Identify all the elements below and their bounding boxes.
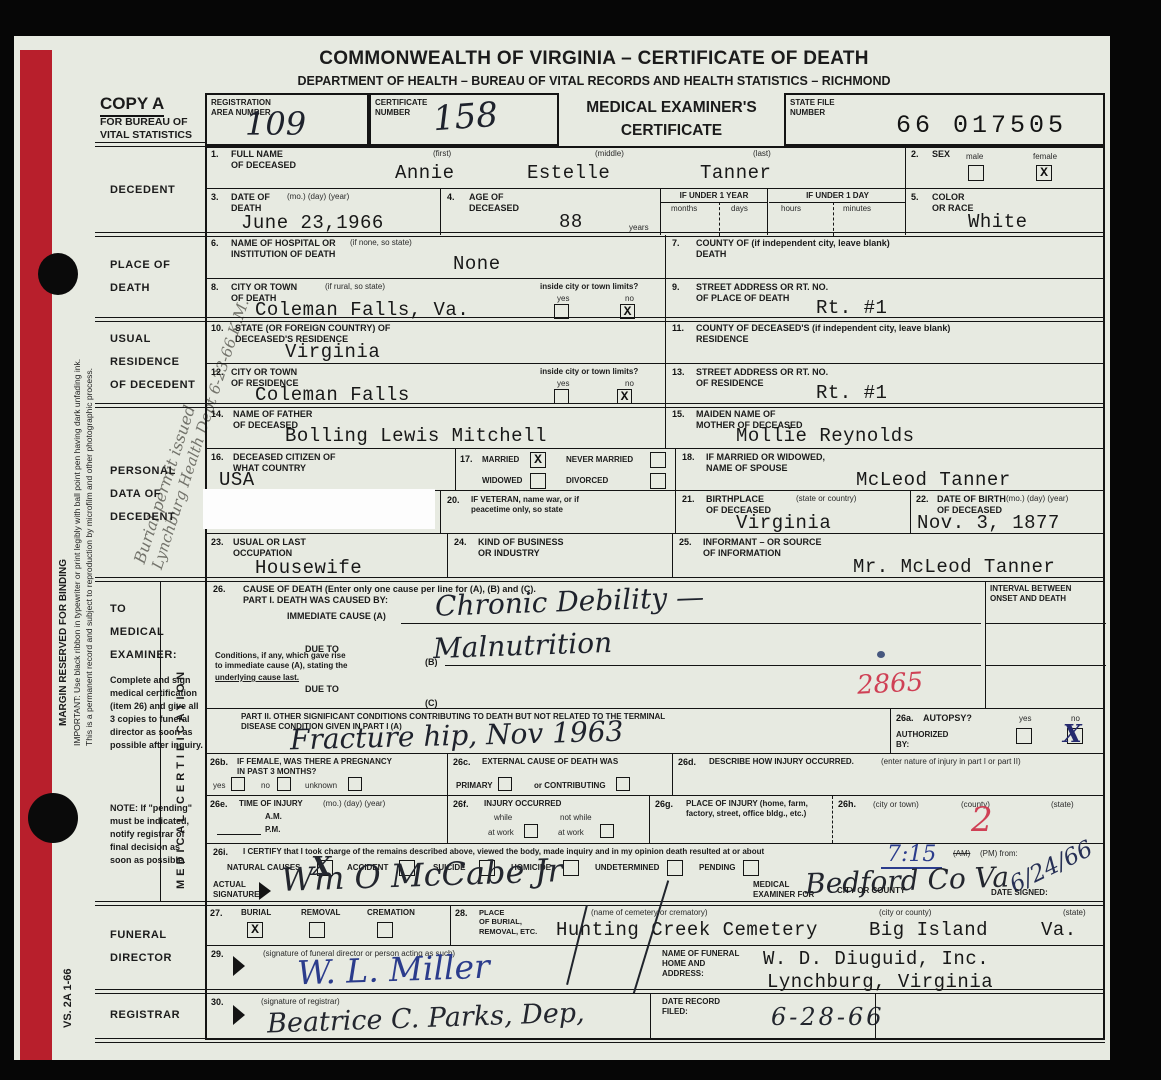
cause-a-line xyxy=(401,623,981,624)
primary-checkbox xyxy=(498,777,512,791)
row-funeral-director: 29. (signature of funeral director or pe… xyxy=(205,945,1105,993)
male-caption: male xyxy=(966,152,983,161)
field-number: 28. xyxy=(455,908,468,918)
field-number: 25. xyxy=(679,537,692,547)
dashed-divider xyxy=(719,202,720,236)
field-sex: 2. SEX male female X xyxy=(905,146,1105,188)
county-residence-label: COUNTY OF DECEASED'S (if independent cit… xyxy=(696,323,950,346)
field-full-name: 1. FULL NAME OF DECEASED (first) (middle… xyxy=(205,146,905,188)
signature-arrow-icon xyxy=(233,1005,245,1025)
time-captions: (mo.) (day) (year) xyxy=(323,799,385,808)
minutes-caption: minutes xyxy=(843,204,871,213)
cremation-checkbox xyxy=(377,922,393,938)
limits-question: inside city or town limits? xyxy=(540,282,638,292)
date-of-death-value: June 23,1966 xyxy=(241,212,384,234)
signature-arrow-icon xyxy=(259,882,271,900)
field-street-of-death: 9. STREET ADDRESS OR RT. NO. OF PLACE OF… xyxy=(665,279,1105,320)
divider xyxy=(767,189,768,235)
never-married-checkbox xyxy=(650,452,666,468)
field-number: 26g. xyxy=(655,799,673,809)
while-caption: while xyxy=(494,813,512,822)
first-caption: (first) xyxy=(433,149,451,158)
medical-certification-strip-label: MEDICAL CERTIFICATION xyxy=(175,599,187,889)
county-of-death-label: COUNTY OF (if independent city, leave bl… xyxy=(696,238,890,261)
section-decedent: DECEDENT xyxy=(110,179,175,202)
place-of-burial-label: PLACE OF BURIAL, REMOVAL, ETC. xyxy=(479,908,537,936)
veteran-label: IF VETERAN, name war, or if peacetime on… xyxy=(471,495,579,515)
birthplace-caption: (state or country) xyxy=(796,494,856,503)
cemetery-value: Hunting Creek Cemetery xyxy=(556,919,818,941)
field-disposition: 27. BURIAL REMOVAL CREMATION X xyxy=(205,905,450,945)
field-number: 18. xyxy=(682,452,695,462)
burial-state-value: Va. xyxy=(1041,919,1077,941)
funeral-home-label: NAME OF FUNERAL HOME AND ADDRESS: xyxy=(662,949,739,979)
spouse-label: IF MARRIED OR WIDOWED, NAME OF SPOUSE xyxy=(706,452,825,475)
contributing-label: or CONTRIBUTING xyxy=(534,781,606,791)
middle-name-value: Estelle xyxy=(527,162,610,184)
no-caption: no xyxy=(625,294,634,303)
actual-signature-label: ACTUAL SIGNATURE xyxy=(213,880,260,900)
field-number: 3. xyxy=(211,192,219,202)
divorced-label: DIVORCED xyxy=(566,476,608,486)
field-date-of-death: 3. DATE OF DEATH (mo.) (day) (year) June… xyxy=(205,189,440,235)
copy-underline xyxy=(95,142,205,147)
field-business: 24. KIND OF BUSINESS OR INDUSTRY xyxy=(447,534,672,578)
row-cause-of-death: 26. CAUSE OF DEATH (Enter only one cause… xyxy=(205,581,1105,708)
occupation-value: Housewife xyxy=(255,557,362,579)
burial-checkbox: X xyxy=(247,922,263,938)
last-caption: (last) xyxy=(753,149,771,158)
field-interval: INTERVAL BETWEEN ONSET AND DEATH xyxy=(985,581,1105,708)
birthplace-value: Virginia xyxy=(736,512,831,534)
field-number: 26a. xyxy=(896,713,914,723)
copy-for: FOR BUREAU OF xyxy=(100,116,188,129)
field-color-race: 5. COLOR OR RACE White xyxy=(905,189,1105,235)
certificate-number-label: CERTIFICATE NUMBER xyxy=(375,98,427,118)
field-number: 1. xyxy=(211,149,219,159)
autopsy-yes-checkbox xyxy=(1016,728,1032,744)
informant-label: INFORMANT – OR SOURCE OF INFORMATION xyxy=(703,537,822,560)
undetermined-label: UNDETERMINED xyxy=(595,863,659,873)
under-year-label: IF UNDER 1 YEAR xyxy=(661,191,767,203)
field-number: 21. xyxy=(682,494,695,504)
limits-yes-checkbox xyxy=(554,304,569,319)
margin-important-text: IMPORTANT: Use black ribbon in typewrite… xyxy=(72,286,82,746)
date-captions: (mo.) (day) (year) xyxy=(287,192,349,201)
field-informant: 25. INFORMANT – OR SOURCE OF INFORMATION… xyxy=(672,534,1105,578)
autopsy-no-mark: X xyxy=(1063,719,1082,748)
field-date-of-birth: 22. DATE OF BIRTH OF DECEASED (mo.) (day… xyxy=(910,491,1105,533)
field-number: 4. xyxy=(447,192,455,202)
row-citizen-marital-spouse: 16. DECEASED CITIZEN OF WHAT COUNTRY USA… xyxy=(205,448,1105,490)
father-value: Bolling Lewis Mitchell xyxy=(285,425,547,447)
field-number: 26c. xyxy=(453,757,471,767)
field-place-of-burial: 28. PLACE OF BURIAL, REMOVAL, ETC. (name… xyxy=(450,905,1105,945)
copy-label: COPY A xyxy=(100,94,164,117)
yes-caption: yes xyxy=(213,781,225,790)
at-work-caption: at work xyxy=(488,828,514,837)
middle-caption: (middle) xyxy=(595,149,624,158)
state-caption: (state) xyxy=(1051,800,1074,809)
days-caption: days xyxy=(731,204,748,213)
section-place-of-death: PLACE OF DEATH xyxy=(110,254,170,300)
autopsy-label: AUTOPSY? xyxy=(923,713,972,724)
field-county-residence: 11. COUNTY OF DECEASED'S (if independent… xyxy=(665,320,1105,363)
field-hospital: 6. NAME OF HOSPITAL OR INSTITUTION OF DE… xyxy=(205,235,665,278)
burial-city-value: Big Island xyxy=(869,919,988,941)
section-usual-residence: USUAL RESIDENCE OF DECEDENT xyxy=(110,328,195,397)
street-of-death-value: Rt. #1 xyxy=(816,297,887,319)
limits-yes-checkbox xyxy=(554,389,569,404)
cause-b-line xyxy=(445,665,981,666)
field-number: 2. xyxy=(911,149,919,159)
primary-label: PRIMARY xyxy=(456,781,493,791)
street-of-death-label: STREET ADDRESS OR RT. NO. OF PLACE OF DE… xyxy=(696,282,828,305)
yes-caption: yes xyxy=(557,379,569,388)
state-file-box: STATE FILE NUMBER 66 017505 xyxy=(784,93,1105,146)
sex-label: SEX xyxy=(932,149,950,160)
injury-occurred-label: INJURY OCCURRED xyxy=(484,799,561,809)
authorized-by-label: AUTHORIZED BY: xyxy=(896,730,948,750)
state-file-label: STATE FILE NUMBER xyxy=(790,98,835,118)
city-residence-value: Coleman Falls xyxy=(255,384,410,406)
informant-value: Mr. McLeod Tanner xyxy=(853,556,1055,578)
pregnancy-label: IF FEMALE, WAS THERE A PREGNANCY IN PAST… xyxy=(237,757,392,777)
field-mother: 15. MAIDEN NAME OF MOTHER OF DECEASED Mo… xyxy=(665,406,1105,448)
row-city-street-residence: 12. CITY OR TOWN OF RESIDENCE inside cit… xyxy=(205,363,1105,406)
row-parents: 14. NAME OF FATHER OF DECEASED Bolling L… xyxy=(205,406,1105,448)
first-name-value: Annie xyxy=(395,162,455,184)
no-caption: no xyxy=(625,379,634,388)
field-number: 29. xyxy=(211,949,224,959)
redaction-patch xyxy=(203,489,435,529)
widowed-checkbox xyxy=(530,473,546,489)
age-label: AGE OF DECEASED xyxy=(469,192,519,215)
registration-area-box: REGISTRATION AREA NUMBER 109 xyxy=(205,93,369,146)
field-part2: PART II. OTHER SIGNIFICANT CONDITIONS CO… xyxy=(205,709,890,753)
field-number: 30. xyxy=(211,997,224,1007)
row-hospital-county: 6. NAME OF HOSPITAL OR INSTITUTION OF DE… xyxy=(205,235,1105,278)
field-number: 26f. xyxy=(453,799,469,809)
burial-label: BURIAL xyxy=(241,908,271,918)
field-number: 17. xyxy=(460,454,473,464)
field-number: 26h. xyxy=(838,799,856,809)
field-number: 12. xyxy=(211,367,224,377)
pregnancy-unknown-checkbox xyxy=(348,777,362,791)
street-residence-label: STREET ADDRESS OR RT. NO. OF RESIDENCE xyxy=(696,367,828,390)
date-record-filed-label: DATE RECORD FILED: xyxy=(662,997,720,1017)
at-work-caption: at work xyxy=(558,828,584,837)
married-checkbox: X xyxy=(530,452,546,468)
undetermined-checkbox xyxy=(667,860,683,876)
field-number: 26i. xyxy=(213,847,228,857)
field-father: 14. NAME OF FATHER OF DECEASED Bolling L… xyxy=(205,406,665,448)
funeral-home-name: W. D. Diuguid, Inc. xyxy=(763,948,989,970)
immediate-cause-label: IMMEDIATE CAUSE (A) xyxy=(287,611,386,622)
field-number: 22. xyxy=(916,494,929,504)
pregnancy-yes-checkbox xyxy=(231,777,245,791)
spouse-value: McLeod Tanner xyxy=(856,469,1011,491)
hospital-label: NAME OF HOSPITAL OR INSTITUTION OF DEATH xyxy=(231,238,336,261)
mother-value: Mollie Reynolds xyxy=(736,425,915,447)
funeral-home-city: Lynchburg, Virginia xyxy=(767,971,993,993)
field-number: 14. xyxy=(211,409,224,419)
field-number: 10. xyxy=(211,323,224,333)
hours-caption: hours xyxy=(781,204,801,213)
field-how-injury: 26d. DESCRIBE HOW INJURY OCCURRED. (ente… xyxy=(672,754,1105,795)
field-injury-location: 26h. (city or town) (county) (state) 2 xyxy=(832,796,1105,843)
conditions-note-underlined: underlying cause last. xyxy=(215,673,299,683)
cremation-label: CREMATION xyxy=(367,908,415,918)
never-married-label: NEVER MARRIED xyxy=(566,455,633,465)
widowed-label: WIDOWED xyxy=(482,476,522,486)
no-caption: no xyxy=(261,781,270,790)
field-number: 20. xyxy=(447,495,460,505)
cemetery-caption: (name of cemetery or crematory) xyxy=(591,908,707,917)
dob-value: Nov. 3, 1877 xyxy=(917,512,1060,534)
field-county-of-death: 7. COUNTY OF (if independent city, leave… xyxy=(665,235,1105,278)
age-value: 88 xyxy=(559,211,583,233)
certificate-number-box: CERTIFICATE NUMBER 158 xyxy=(369,93,559,146)
field-number: 16. xyxy=(211,452,224,462)
divider xyxy=(650,993,651,1040)
row-part2-autopsy: PART II. OTHER SIGNIFICANT CONDITIONS CO… xyxy=(205,708,1105,753)
field-veteran: 20. IF VETERAN, name war, or if peacetim… xyxy=(440,491,675,533)
female-checkbox: X xyxy=(1036,165,1052,181)
interval-line-b xyxy=(986,665,1106,666)
not-while-caption: not while xyxy=(560,813,592,822)
field-number: 13. xyxy=(672,367,685,377)
time-line xyxy=(217,834,261,835)
field-number: 8. xyxy=(211,282,219,292)
field-number: 26d. xyxy=(678,757,696,767)
pm-from-caption: (PM) from: xyxy=(980,849,1018,858)
conditions-note: Conditions, if any, which gave rise to i… xyxy=(215,651,347,671)
field-age: 4. AGE OF DECEASED 88 years xyxy=(440,189,660,235)
field-state-residence: 10. STATE (OR FOREIGN COUNTRY) OF DECEAS… xyxy=(205,320,665,363)
cause-b-value: Malnutrition xyxy=(432,626,612,665)
removal-label: REMOVAL xyxy=(301,908,340,918)
form-number: VS. 2A 1-66 xyxy=(62,958,74,1028)
field-city-residence: 12. CITY OR TOWN OF RESIDENCE inside cit… xyxy=(205,364,665,406)
field-pregnancy: 26b. IF FEMALE, WAS THERE A PREGNANCY IN… xyxy=(205,754,447,795)
interval-line-a xyxy=(986,623,1106,624)
am-label: A.M. xyxy=(265,812,282,822)
red-binding-band xyxy=(20,50,52,1060)
row-registrar: 30. (signature of registrar) Beatrice C.… xyxy=(205,993,1105,1040)
limits-no-checkbox: X xyxy=(617,389,632,404)
field-occupation: 23. USUAL OR LAST OCCUPATION Housewife xyxy=(205,534,447,578)
field-city-of-death: 8. CITY OR TOWN OF DEATH (if rural, so s… xyxy=(205,279,665,320)
field-birthplace: 21. BIRTHPLACE OF DECEASED (state or cou… xyxy=(675,491,910,533)
dob-captions: (mo.) (day) (year) xyxy=(1006,494,1068,503)
state-residence-value: Virginia xyxy=(285,341,380,363)
field-number: 23. xyxy=(211,537,224,547)
field-number: 27. xyxy=(210,908,223,918)
county-red-mark: 2 xyxy=(971,800,993,840)
pending-checkbox xyxy=(743,860,759,876)
married-label: MARRIED xyxy=(482,455,519,465)
business-label: KIND OF BUSINESS OR INDUSTRY xyxy=(478,537,564,560)
row-city-street-death: 8. CITY OR TOWN OF DEATH (if rural, so s… xyxy=(205,278,1105,320)
years-caption: years xyxy=(629,223,649,232)
row-occupation-informant: 23. USUAL OR LAST OCCUPATION Housewife 2… xyxy=(205,533,1105,578)
row-certification: 26i. I CERTIFY that I took charge of the… xyxy=(205,843,1105,905)
female-caption: female xyxy=(1033,152,1057,161)
city-or-county-label: CITY OR COUNTY xyxy=(837,886,905,896)
state-caption: (state) xyxy=(1063,908,1086,917)
funeral-director-signature: W. L. Miller xyxy=(296,947,490,993)
row-pregnancy-external: 26b. IF FEMALE, WAS THERE A PREGNANCY IN… xyxy=(205,753,1105,795)
row-state-county-residence: 10. STATE (OR FOREIGN COUNTRY) OF DECEAS… xyxy=(205,320,1105,363)
field-marital-status: 17. MARRIED X NEVER MARRIED WIDOWED DIVO… xyxy=(455,449,675,490)
field-number: 6. xyxy=(211,238,219,248)
field-spouse: 18. IF MARRIED OR WIDOWED, NAME OF SPOUS… xyxy=(675,449,1105,490)
field-number: 5. xyxy=(911,192,919,202)
state-file-value: 66 017505 xyxy=(896,111,1067,140)
field-injury-occurred: 26f. INJURY OCCURRED while not while at … xyxy=(447,796,649,843)
pregnancy-no-checkbox xyxy=(277,777,291,791)
field-redacted xyxy=(205,491,440,533)
limits-question: inside city or town limits? xyxy=(540,367,638,377)
pm-label: P.M. xyxy=(265,825,280,835)
city-of-death-value: Coleman Falls, Va. xyxy=(255,299,469,321)
certificate-sheet: MARGIN RESERVED FOR BINDING IMPORTANT: U… xyxy=(14,36,1110,1060)
hospital-value: None xyxy=(453,253,501,275)
limits-no-checkbox: X xyxy=(620,304,635,319)
field-number: 7. xyxy=(672,238,680,248)
full-name-label: FULL NAME OF DECEASED xyxy=(231,149,296,172)
at-work-checkbox xyxy=(524,824,538,838)
months-caption: months xyxy=(671,204,697,213)
dashed-divider xyxy=(833,202,834,236)
date-signed-label: DATE SIGNED: xyxy=(991,888,1048,898)
due-to-label: DUE TO xyxy=(305,684,339,695)
registration-area-value: 109 xyxy=(245,105,306,143)
how-injury-caption: (enter nature of injury in part I or par… xyxy=(881,757,1021,766)
rural-caption: (if rural, so state) xyxy=(325,282,385,291)
part1-label: PART I. DEATH WAS CAUSED BY: xyxy=(243,595,388,606)
margin-permanent-text: This is a permanent record and subject t… xyxy=(84,286,94,746)
row-injury-details: 26e. TIME OF INJURY (mo.) (day) (year) A… xyxy=(205,795,1105,843)
document-title: COMMONWEALTH OF VIRGINIA – CERTIFICATE O… xyxy=(214,48,974,70)
field-place-of-injury: 26g. PLACE OF INJURY (home, farm, factor… xyxy=(649,796,832,843)
examiner-county-value: Bedford Co Va xyxy=(804,860,1009,900)
hospital-caption: (if none, so state) xyxy=(350,238,412,247)
signature-arrow-icon xyxy=(233,956,245,976)
last-name-value: Tanner xyxy=(700,162,771,184)
field-number: 24. xyxy=(454,537,467,547)
row-veteran-birth: 20. IF VETERAN, name war, or if peacetim… xyxy=(205,490,1105,533)
medical-examiners-certificate-title: MEDICAL EXAMINER'S CERTIFICATE xyxy=(559,96,784,143)
field-number: 26b. xyxy=(210,757,228,767)
city-county-caption: (city or county) xyxy=(879,908,931,917)
interval-label: INTERVAL BETWEEN ONSET AND DEATH xyxy=(990,584,1071,604)
cause-code-value: 2865 xyxy=(856,667,924,700)
field-street-residence: 13. STREET ADDRESS OR RT. NO. OF RESIDEN… xyxy=(665,364,1105,406)
contributing-checkbox xyxy=(616,777,630,791)
field-cause-of-death: 26. CAUSE OF DEATH (Enter only one cause… xyxy=(205,581,985,708)
field-number: 26e. xyxy=(210,799,228,809)
field-external-cause: 26c. EXTERNAL CAUSE OF DEATH WAS PRIMARY… xyxy=(447,754,672,795)
margin-binding-text: MARGIN RESERVED FOR BINDING xyxy=(58,446,69,726)
under-day-label: IF UNDER 1 DAY xyxy=(769,191,906,203)
document-subtitle: DEPARTMENT OF HEALTH – BUREAU OF VITAL R… xyxy=(214,74,974,88)
city-or-town-caption: (city or town) xyxy=(873,800,919,809)
how-injury-label: DESCRIBE HOW INJURY OCCURRED. xyxy=(709,757,854,767)
section-registrar: REGISTRAR xyxy=(110,1004,180,1027)
color-race-value: White xyxy=(968,211,1028,233)
yes-caption: yes xyxy=(1019,714,1031,723)
section-funeral-director: FUNERAL DIRECTOR xyxy=(110,924,172,970)
copy-vital: VITAL STATISTICS xyxy=(100,129,192,142)
medical-certification-strip: MEDICAL CERTIFICATION xyxy=(160,581,206,901)
section-personal-data: PERSONAL DATA OF DECEDENT xyxy=(110,460,176,529)
punch-hole xyxy=(28,793,78,843)
divider xyxy=(875,993,876,1040)
field-citizen: 16. DECEASED CITIZEN OF WHAT COUNTRY USA xyxy=(205,449,455,490)
male-checkbox xyxy=(968,165,984,181)
field-number: 11. xyxy=(672,323,684,333)
unknown-caption: unknown xyxy=(305,781,337,790)
field-time-of-injury: 26e. TIME OF INJURY (mo.) (day) (year) A… xyxy=(205,796,447,843)
field-number: 9. xyxy=(672,282,680,292)
row-date-age-race: 3. DATE OF DEATH (mo.) (day) (year) June… xyxy=(205,188,1105,235)
scan-background: MARGIN RESERVED FOR BINDING IMPORTANT: U… xyxy=(0,0,1161,1080)
external-cause-label: EXTERNAL CAUSE OF DEATH WAS xyxy=(482,757,618,767)
field-autopsy: 26a. AUTOPSY? yes no X AUTHORIZED BY: xyxy=(890,709,1105,753)
yes-caption: yes xyxy=(557,294,569,303)
registrar-signature-caption: (signature of registrar) xyxy=(261,997,340,1006)
row-name-sex: 1. FULL NAME OF DECEASED (first) (middle… xyxy=(205,146,1105,188)
street-residence-value: Rt. #1 xyxy=(816,382,887,404)
place-of-injury-label: PLACE OF INJURY (home, farm, factory, st… xyxy=(686,799,808,819)
am-caption-struck: (AM) xyxy=(953,849,970,858)
time-of-injury-label: TIME OF INJURY xyxy=(239,799,303,809)
ink-dot xyxy=(877,651,885,658)
homicide-checkbox xyxy=(563,860,579,876)
field-number: 15. xyxy=(672,409,685,419)
divorced-checkbox xyxy=(650,473,666,489)
removal-checkbox xyxy=(309,922,325,938)
pending-label: PENDING xyxy=(699,863,735,873)
field-under-one: IF UNDER 1 YEAR IF UNDER 1 DAY months da… xyxy=(660,189,905,235)
certificate-number-value: 158 xyxy=(432,95,500,139)
not-at-work-checkbox xyxy=(600,824,614,838)
date-filed-value: 6-28-66 xyxy=(771,1003,885,1031)
citizen-value: USA xyxy=(219,469,255,491)
field-number: 26. xyxy=(213,584,226,594)
